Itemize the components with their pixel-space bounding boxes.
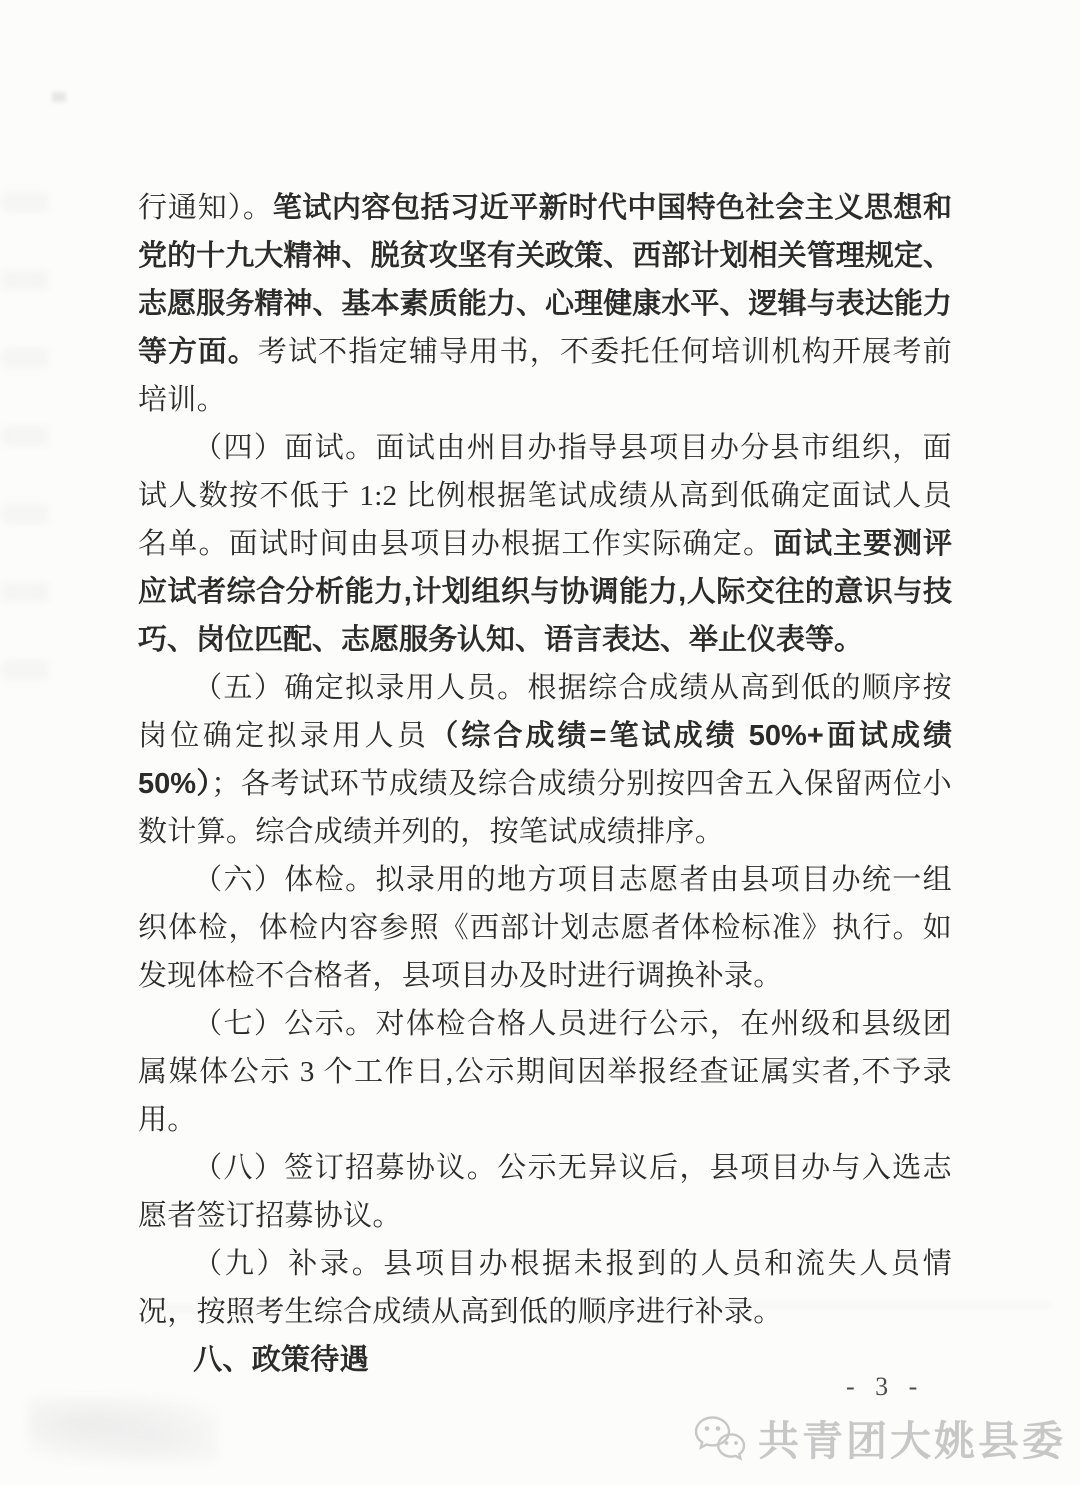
paragraph-item-9-supplement: （九）补录。县项目办根据未报到的人员和流失人员情况，按照考生综合成绩从高到低的顺… [138,1240,952,1336]
page-number: - 3 - [846,1372,924,1402]
text-run: ；各考试环节成绩及综合成绩分别按四舍五入保留两位小数计算。综合成绩并列的，按笔试… [138,768,952,848]
paragraph-item-6-physical-exam: （六）体检。拟录用的地方项目志愿者由县项目办统一组织体检，体检内容参照《西部计划… [138,856,952,1000]
scan-artifact [52,92,66,102]
scanned-document-page: 行通知）。笔试内容包括习近平新时代中国特色社会主义思想和党的十九大精神、脱贫攻坚… [0,0,1080,1485]
text-run: 行通知）。 [138,192,273,224]
document-body: 行通知）。笔试内容包括习近平新时代中国特色社会主义思想和党的十九大精神、脱贫攻坚… [138,184,952,1384]
paragraph-item-7-public-notice: （七）公示。对体检合格人员进行公示，在州级和县级团属媒体公示 3 个工作日,公示… [138,1000,952,1144]
paragraph-item-4-interview: （四）面试。面试由州目办指导县项目办分县市组织，面试人数按不低于 1:2 比例根… [138,424,952,664]
wechat-account-watermark: 共青团大姚县委 [692,1408,1066,1467]
paragraph-item-8-agreement: （八）签订招募协议。公示无异议后，县项目办与入选志愿者签订招募协议。 [138,1144,952,1240]
text-run: （六）体检。拟录用的地方项目志愿者由县项目办统一组织体检，体检内容参照《西部计划… [138,864,952,992]
text-run: （七）公示。对体检合格人员进行公示，在州级和县级团属媒体公示 3 个工作日,公示… [138,1008,952,1136]
text-run: （九）补录。县项目办根据未报到的人员和流失人员情况，按照考生综合成绩从高到低的顺… [138,1248,952,1328]
wechat-icon [692,1414,748,1462]
scan-artifact [28,1396,218,1462]
text-run: 考试不指定辅导用书，不委托任何培训机构开展考前培训。 [138,336,952,416]
text-run: （八）签订招募协议。公示无异议后，县项目办与入选志愿者签订招募协议。 [138,1152,952,1232]
paragraph-item-5-candidates: （五）确定拟录用人员。根据综合成绩从高到低的顺序按岗位确定拟录用人员（综合成绩=… [138,664,952,856]
scan-bleedthrough-artifact [2,192,48,732]
paragraph-written-test-content: 行通知）。笔试内容包括习近平新时代中国特色社会主义思想和党的十九大精神、脱贫攻坚… [138,184,952,424]
watermark-text: 共青团大姚县委 [758,1408,1066,1467]
heading-text: 八、政策待遇 [193,1344,369,1376]
section-heading-policy-benefits: 八、政策待遇 [138,1336,952,1384]
